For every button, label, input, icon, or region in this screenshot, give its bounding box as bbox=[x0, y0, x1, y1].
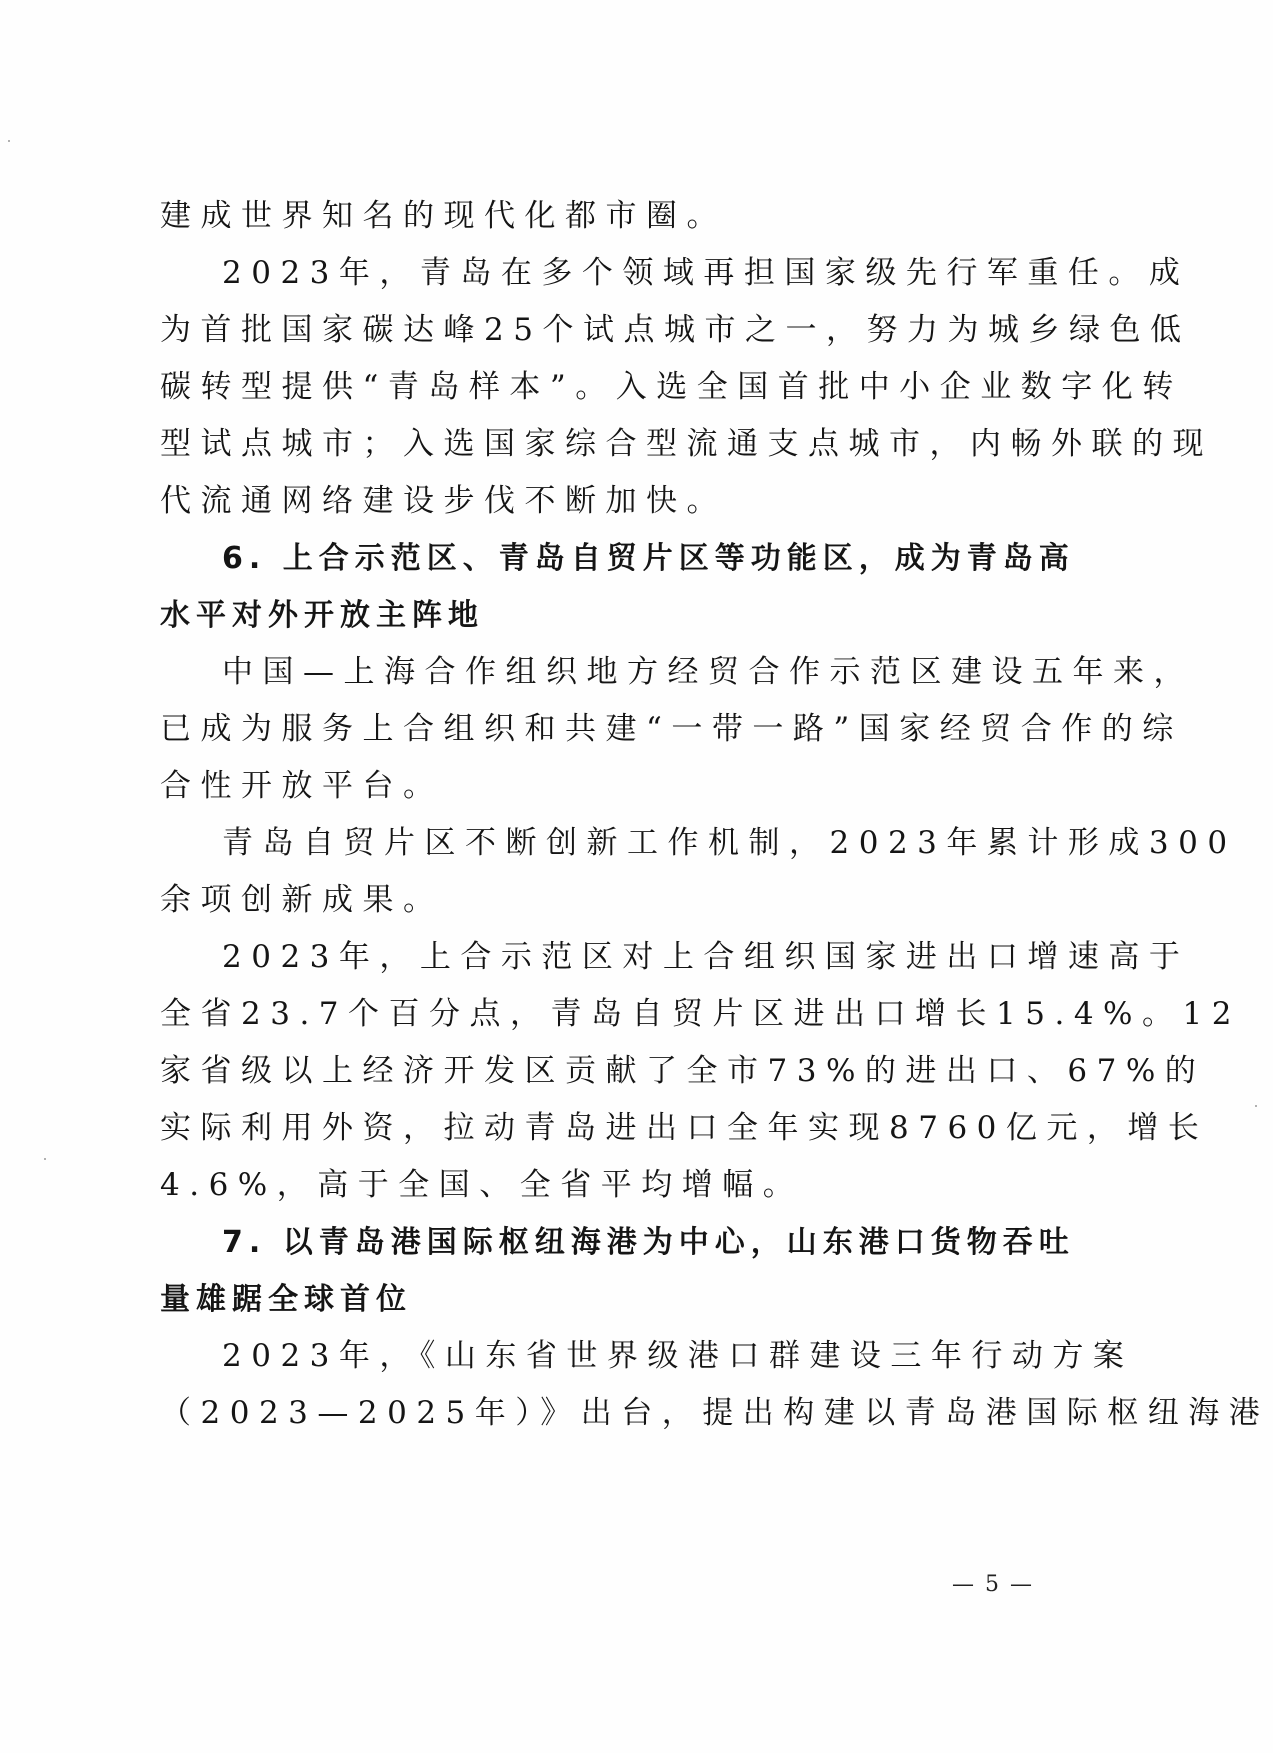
text-line: 2023年，青岛在多个领域再担国家级先行军重任。成 bbox=[160, 245, 976, 302]
scan-speck bbox=[8, 140, 10, 142]
paragraph-trade-statistics: 2023年，上合示范区对上合组织国家进出口增速高于 全省23.7个百分点，青岛自… bbox=[160, 929, 976, 1214]
heading-line: 7. 以青岛港国际枢纽海港为中心，山东港口货物吞吐 bbox=[160, 1214, 976, 1271]
paragraph-continuation: 建成世界知名的现代化都市圈。 bbox=[160, 188, 976, 245]
text-line: 4.6%，高于全国、全省平均增幅。 bbox=[160, 1157, 976, 1214]
text-line: 型试点城市；入选国家综合型流通支点城市，内畅外联的现 bbox=[160, 416, 976, 473]
scan-speck bbox=[44, 1158, 46, 1160]
section-heading-7: 7. 以青岛港国际枢纽海港为中心，山东港口货物吞吐 量雄踞全球首位 bbox=[160, 1214, 976, 1328]
text-line: 已成为服务上合组织和共建“一带一路”国家经贸合作的综 bbox=[160, 701, 976, 758]
page-number: — 5 — bbox=[952, 1572, 1034, 1597]
text-line: （2023—2025年）》出台，提出构建以青岛港国际枢纽海港 bbox=[160, 1385, 976, 1442]
text-line: 2023年，上合示范区对上合组织国家进出口增速高于 bbox=[160, 929, 976, 986]
heading-line: 6. 上合示范区、青岛自贸片区等功能区，成为青岛高 bbox=[160, 530, 976, 587]
document-body: 建成世界知名的现代化都市圈。 2023年，青岛在多个领域再担国家级先行军重任。成… bbox=[160, 188, 976, 1442]
heading-line: 水平对外开放主阵地 bbox=[160, 587, 976, 644]
text-line: 2023年，《山东省世界级港口群建设三年行动方案 bbox=[160, 1328, 976, 1385]
paragraph-port-plan: 2023年，《山东省世界级港口群建设三年行动方案 （2023—2025年）》出台… bbox=[160, 1328, 976, 1442]
text-line: 代流通网络建设步伐不断加快。 bbox=[160, 473, 976, 530]
text-line: 家省级以上经济开发区贡献了全市73%的进出口、67%的 bbox=[160, 1043, 976, 1100]
text-line: 合性开放平台。 bbox=[160, 758, 976, 815]
paragraph-sco-demo-zone: 中国—上海合作组织地方经贸合作示范区建设五年来， 已成为服务上合组织和共建“一带… bbox=[160, 644, 976, 815]
text-line: 中国—上海合作组织地方经贸合作示范区建设五年来， bbox=[160, 644, 976, 701]
section-heading-6: 6. 上合示范区、青岛自贸片区等功能区，成为青岛高 水平对外开放主阵地 bbox=[160, 530, 976, 644]
heading-line: 量雄踞全球首位 bbox=[160, 1271, 976, 1328]
paragraph-free-trade-zone: 青岛自贸片区不断创新工作机制，2023年累计形成300 余项创新成果。 bbox=[160, 815, 976, 929]
scan-speck bbox=[1255, 1105, 1257, 1107]
text-line: 碳转型提供“青岛样本”。入选全国首批中小企业数字化转 bbox=[160, 359, 976, 416]
paragraph-pilot-cities: 2023年，青岛在多个领域再担国家级先行军重任。成 为首批国家碳达峰25个试点城… bbox=[160, 245, 976, 530]
text-line: 建成世界知名的现代化都市圈。 bbox=[160, 188, 976, 245]
text-line: 青岛自贸片区不断创新工作机制，2023年累计形成300 bbox=[160, 815, 976, 872]
text-line: 余项创新成果。 bbox=[160, 872, 976, 929]
text-line: 实际利用外资，拉动青岛进出口全年实现8760亿元，增长 bbox=[160, 1100, 976, 1157]
text-line: 全省23.7个百分点，青岛自贸片区进出口增长15.4%。12 bbox=[160, 986, 976, 1043]
document-page: 建成世界知名的现代化都市圈。 2023年，青岛在多个领域再担国家级先行军重任。成… bbox=[0, 0, 1273, 1753]
text-line: 为首批国家碳达峰25个试点城市之一，努力为城乡绿色低 bbox=[160, 302, 976, 359]
